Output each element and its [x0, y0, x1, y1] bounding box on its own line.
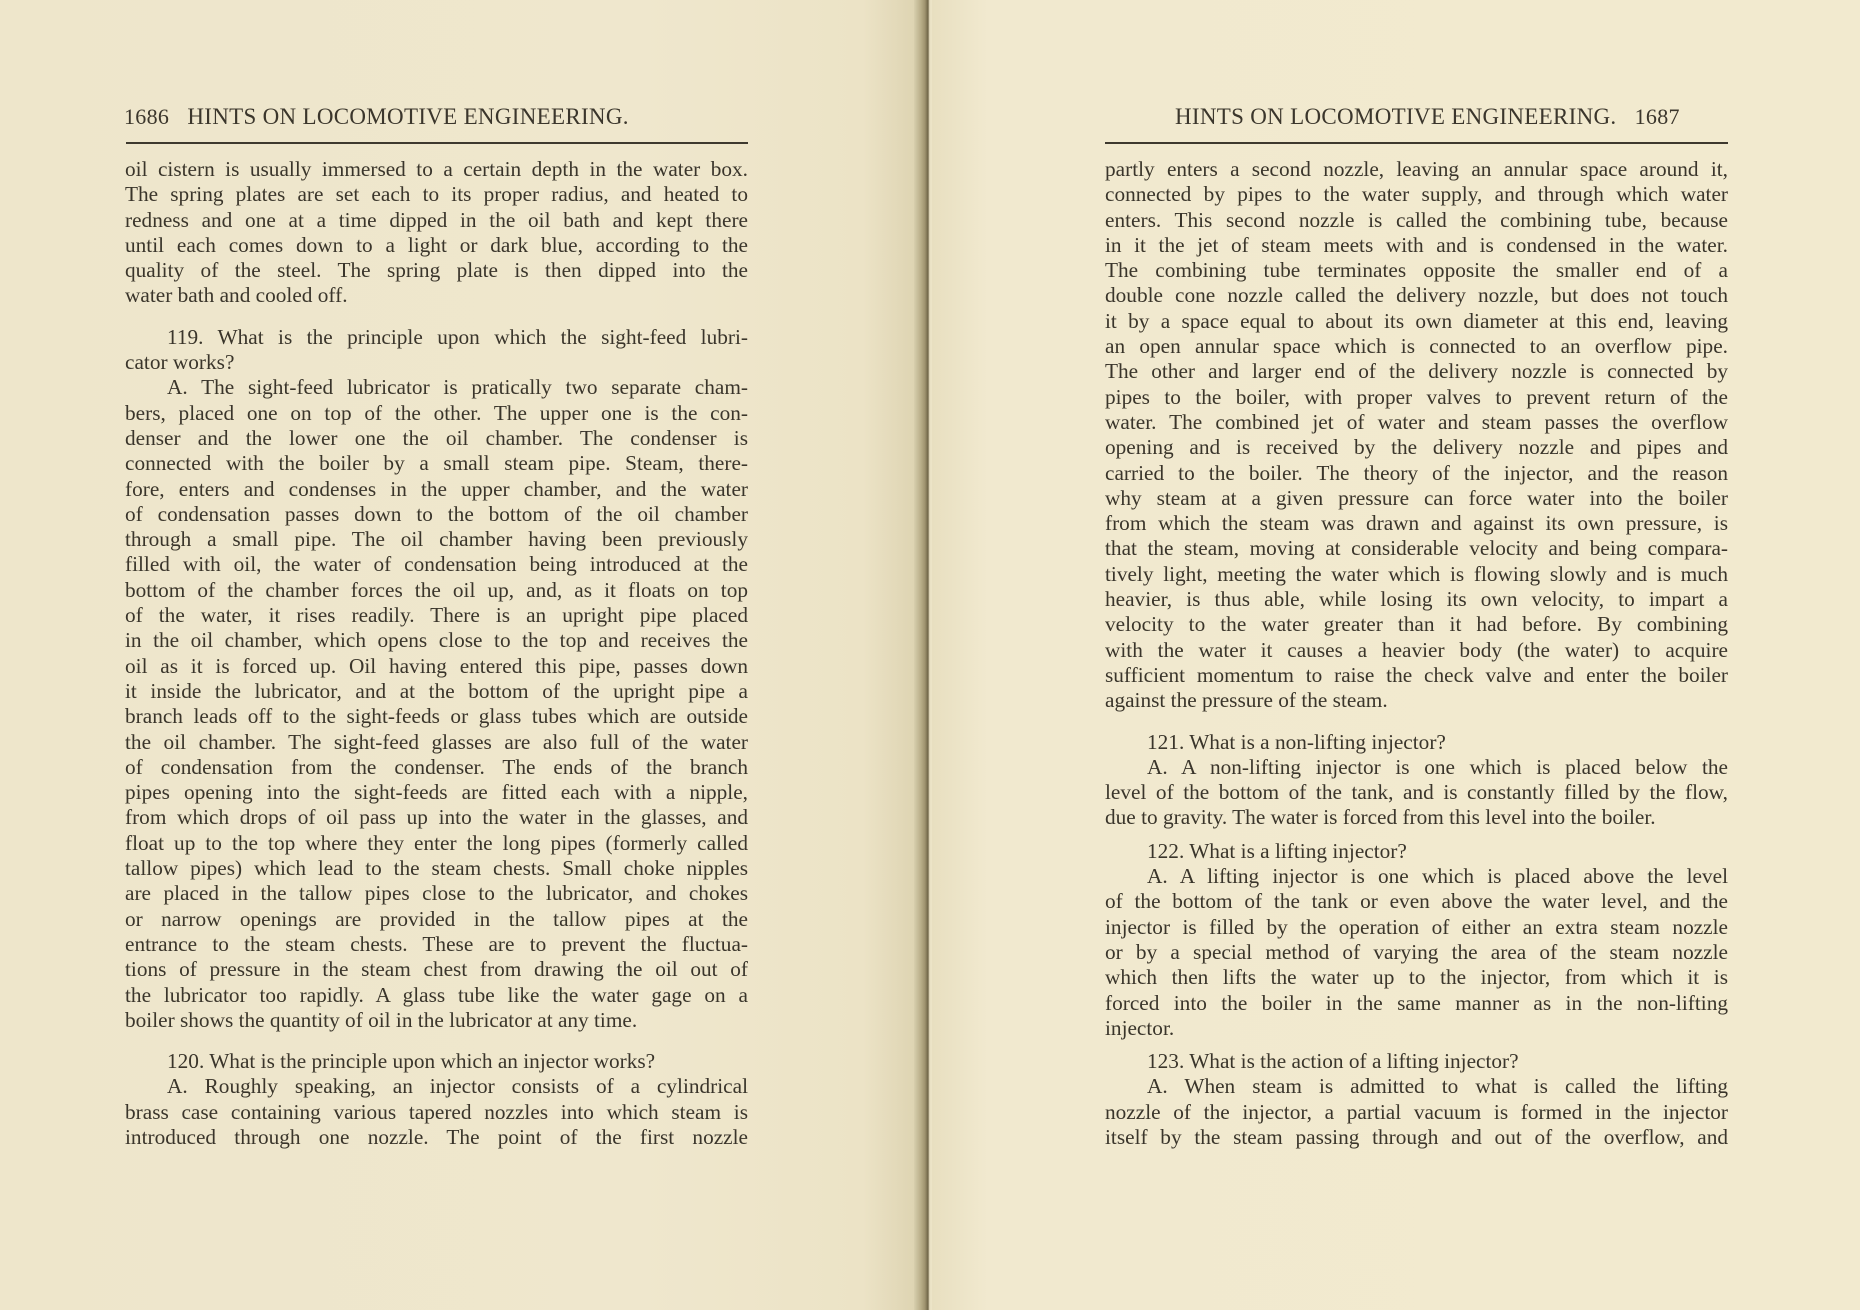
answer-line: boiler shows the quantity of oil in the …	[125, 1008, 748, 1033]
question-line: 120. What is the principle upon which an…	[125, 1049, 748, 1074]
page-number: 1687	[1635, 104, 1680, 129]
answer-line: bers, placed one on top of the other. Th…	[125, 401, 748, 426]
text-line: sufficient momentum to raise the check v…	[1105, 663, 1728, 688]
answer-line: from which drops of oil pass up into the…	[125, 805, 748, 830]
text-line: why steam at a given pressure can force …	[1105, 486, 1728, 511]
question-line: 121. What is a non-lifting injector?	[1105, 730, 1728, 755]
question-119: 119. What is the principle upon which th…	[125, 325, 748, 376]
question-120: 120. What is the principle upon which an…	[125, 1049, 748, 1074]
answer-line: itself by the steam passing through and …	[1105, 1125, 1728, 1150]
question-line: 123. What is the action of a lifting inj…	[1105, 1049, 1728, 1074]
text-line: redness and one at a time dipped in the …	[125, 208, 748, 233]
text-line: oil cistern is usually immersed to a cer…	[125, 157, 748, 182]
text-line: tively light, meeting the water which is…	[1105, 562, 1728, 587]
answer-line: brass case containing various tapered no…	[125, 1100, 748, 1125]
text-line: from which the steam was drawn and again…	[1105, 511, 1728, 536]
answer-121: A. A non-lifting injector is one which i…	[1105, 755, 1728, 831]
answer-line: branch leads off to the sight-feeds or g…	[125, 704, 748, 729]
question-line: 119. What is the principle upon which th…	[125, 325, 748, 350]
answer-line: the oil chamber. The sight-feed glasses …	[125, 730, 748, 755]
answer-line: of condensation passes down to the botto…	[125, 502, 748, 527]
text-line: with the water it causes a heavier body …	[1105, 638, 1728, 663]
question-121: 121. What is a non-lifting injector?	[1105, 730, 1728, 755]
answer-line: are placed in the tallow pipes close to …	[125, 881, 748, 906]
text-line: until each comes down to a light or dark…	[125, 233, 748, 258]
paragraph-gap	[125, 309, 748, 325]
answer-line: of the bottom of the tank or even above …	[1105, 889, 1728, 914]
answer-line: it inside the lubricator, and at the bot…	[125, 679, 748, 704]
text-line: opening and is received by the delivery …	[1105, 435, 1728, 460]
question-123: 123. What is the action of a lifting inj…	[1105, 1049, 1728, 1074]
answer-line: pipes opening into the sight-feeds are f…	[125, 780, 748, 805]
running-head-left: 1686 HINTS ON LOCOMOTIVE ENGINEERING.	[124, 104, 629, 130]
paragraph-gap	[1105, 831, 1728, 839]
answer-line: entrance to the steam chests. These are …	[125, 932, 748, 957]
header-rule	[126, 142, 748, 144]
text-line: water bath and cooled off.	[125, 283, 748, 308]
text-line: enters. This second nozzle is called the…	[1105, 208, 1728, 233]
answer-line: bottom of the chamber forces the oil up,…	[125, 578, 748, 603]
answer-line: float up to the top where they enter the…	[125, 831, 748, 856]
answer-line: connected with the boiler by a small ste…	[125, 451, 748, 476]
answer-line: the lubricator too rapidly. A glass tube…	[125, 983, 748, 1008]
text-line: heavier, is thus able, while losing its …	[1105, 587, 1728, 612]
text-line: against the pressure of the steam.	[1105, 688, 1728, 713]
book-spine-gutter	[914, 0, 934, 1310]
text-line: velocity to the water greater than it ha…	[1105, 612, 1728, 637]
answer-line: injector is filled by the operation of e…	[1105, 915, 1728, 940]
text-line: water. The combined jet of water and ste…	[1105, 410, 1728, 435]
page-number: 1686	[124, 104, 169, 129]
continued-paragraph: partly enters a second nozzle, leaving a…	[1105, 157, 1728, 714]
answer-line: oil as it is forced up. Oil having enter…	[125, 654, 748, 679]
running-head-title: HINTS ON LOCOMOTIVE ENGINEERING.	[1175, 104, 1616, 129]
answer-122: A. A lifting injector is one which is pl…	[1105, 864, 1728, 1041]
answer-line: filled with oil, the water of condensati…	[125, 552, 748, 577]
running-head-title: HINTS ON LOCOMOTIVE ENGINEERING.	[187, 104, 628, 129]
answer-line: or narrow openings are provided in the t…	[125, 907, 748, 932]
left-page: 1686 HINTS ON LOCOMOTIVE ENGINEERING. oi…	[0, 0, 918, 1310]
answer-line: A. The sight-feed lubricator is pratical…	[125, 375, 748, 400]
answer-119: A. The sight-feed lubricator is pratical…	[125, 375, 748, 1033]
answer-line: introduced through one nozzle. The point…	[125, 1125, 748, 1150]
text-line: double cone nozzle called the delivery n…	[1105, 283, 1728, 308]
text-line: that the steam, moving at considerable v…	[1105, 536, 1728, 561]
paragraph-gap	[1105, 1041, 1728, 1049]
question-line: 122. What is a lifting injector?	[1105, 839, 1728, 864]
left-body: oil cistern is usually immersed to a cer…	[125, 157, 748, 1150]
text-line: The spring plates are set each to its pr…	[125, 182, 748, 207]
question-122: 122. What is a lifting injector?	[1105, 839, 1728, 864]
text-line: pipes to the boiler, with proper valves …	[1105, 385, 1728, 410]
answer-line: A. A lifting injector is one which is pl…	[1105, 864, 1728, 889]
answer-line: fore, enters and condenses in the upper …	[125, 477, 748, 502]
answer-line: of the water, it rises readily. There is…	[125, 603, 748, 628]
answer-line: in the oil chamber, which opens close to…	[125, 628, 748, 653]
answer-line: which then lifts the water up to the inj…	[1105, 965, 1728, 990]
answer-line: tions of pressure in the steam chest fro…	[125, 957, 748, 982]
answer-line: A. When steam is admitted to what is cal…	[1105, 1074, 1728, 1099]
answer-line: A. A non-lifting injector is one which i…	[1105, 755, 1728, 780]
answer-line: forced into the boiler in the same manne…	[1105, 991, 1728, 1016]
text-line: carried to the boiler. The theory of the…	[1105, 461, 1728, 486]
text-line: The other and larger end of the delivery…	[1105, 359, 1728, 384]
answer-line: through a small pipe. The oil chamber ha…	[125, 527, 748, 552]
answer-line: due to gravity. The water is forced from…	[1105, 805, 1728, 830]
answer-line: tallow pipes) which lead to the steam ch…	[125, 856, 748, 881]
answer-line: A. Roughly speaking, an injector consist…	[125, 1074, 748, 1099]
answer-line: denser and the lower one the oil chamber…	[125, 426, 748, 451]
paragraph-gap	[1105, 714, 1728, 730]
answer-120: A. Roughly speaking, an injector consist…	[125, 1074, 748, 1150]
answer-line: injector.	[1105, 1016, 1728, 1041]
answer-123: A. When steam is admitted to what is cal…	[1105, 1074, 1728, 1150]
question-line: cator works?	[125, 350, 748, 375]
text-line: partly enters a second nozzle, leaving a…	[1105, 157, 1728, 182]
answer-line: nozzle of the injector, a partial vacuum…	[1105, 1100, 1728, 1125]
right-page: HINTS ON LOCOMOTIVE ENGINEERING. 1687 pa…	[932, 0, 1860, 1310]
answer-line: or by a special method of varying the ar…	[1105, 940, 1728, 965]
text-line: in it the jet of steam meets with and is…	[1105, 233, 1728, 258]
right-body: partly enters a second nozzle, leaving a…	[1105, 157, 1728, 1150]
text-line: quality of the steel. The spring plate i…	[125, 258, 748, 283]
text-line: connected by pipes to the water supply, …	[1105, 182, 1728, 207]
header-rule	[1105, 142, 1728, 144]
text-line: it by a space equal to about its own dia…	[1105, 309, 1728, 334]
paragraph-gap	[125, 1033, 748, 1049]
text-line: an open annular space which is connected…	[1105, 334, 1728, 359]
answer-line: of condensation from the condenser. The …	[125, 755, 748, 780]
answer-line: level of the bottom of the tank, and is …	[1105, 780, 1728, 805]
running-head-right: HINTS ON LOCOMOTIVE ENGINEERING. 1687	[1175, 104, 1680, 130]
continued-paragraph: oil cistern is usually immersed to a cer…	[125, 157, 748, 309]
text-line: The combining tube terminates opposite t…	[1105, 258, 1728, 283]
